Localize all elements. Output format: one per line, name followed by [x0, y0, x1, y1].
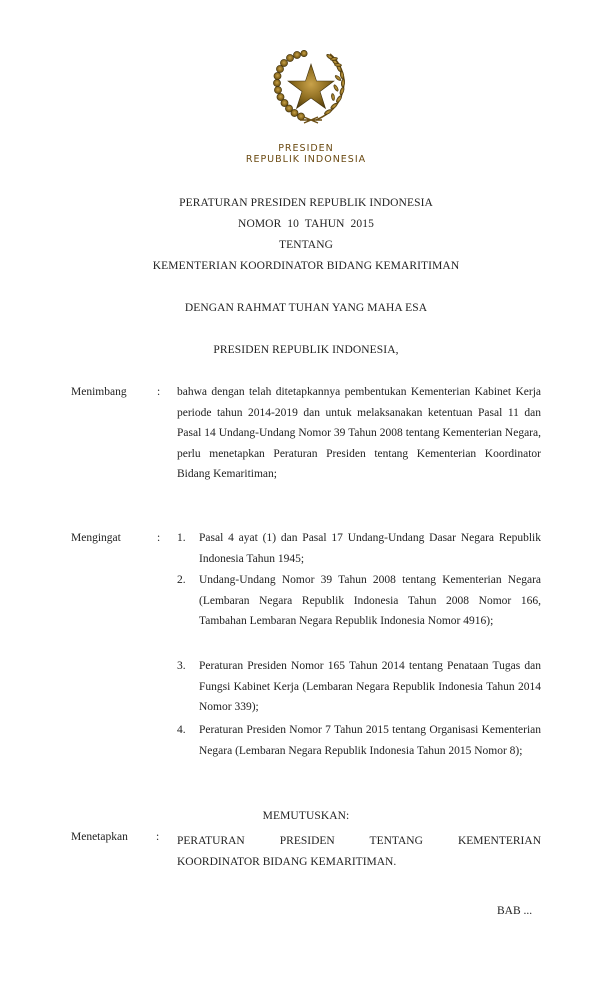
item-number: 3.	[177, 660, 186, 672]
regulation-title: PERATURAN PRESIDEN REPUBLIK INDONESIA	[0, 197, 612, 209]
presidential-seal-icon	[272, 50, 350, 126]
decision-heading: MEMUTUSKAN:	[0, 810, 612, 822]
item-text: Undang-Undang Nomor 39 Tahun 2008 tentan…	[199, 570, 541, 632]
emblem-caption-title: PRESIDEN	[0, 143, 612, 154]
item-number: 2.	[177, 574, 186, 586]
item-number: 4.	[177, 724, 186, 736]
regulation-about-label: TENTANG	[0, 239, 612, 251]
menetapkan-colon: :	[156, 831, 159, 843]
regulation-subject: KEMENTERIAN KOORDINATOR BIDANG KEMARITIM…	[0, 260, 612, 272]
issuer: PRESIDEN REPUBLIK INDONESIA,	[0, 344, 612, 356]
item-text: Pasal 4 ayat (1) dan Pasal 17 Undang-Und…	[199, 528, 541, 569]
menetapkan-line1: PERATURAN PRESIDEN TENTANG KEMENTERIAN	[177, 831, 541, 852]
item-text: Peraturan Presiden Nomor 165 Tahun 2014 …	[199, 656, 541, 718]
menetapkan-line2: KOORDINATOR BIDANG KEMARITIMAN.	[177, 852, 541, 873]
menimbang-text: bahwa dengan telah ditetapkannya pembent…	[177, 382, 541, 485]
menetapkan-label: Menetapkan	[71, 831, 128, 843]
menimbang-label: Menimbang	[71, 386, 127, 398]
mengingat-colon: :	[157, 532, 160, 544]
invocation: DENGAN RAHMAT TUHAN YANG MAHA ESA	[0, 302, 612, 314]
regulation-number: NOMOR 10 TAHUN 2015	[0, 218, 612, 230]
emblem-caption-country: REPUBLIK INDONESIA	[0, 154, 612, 165]
item-text: Peraturan Presiden Nomor 7 Tahun 2015 te…	[199, 720, 541, 761]
menimbang-colon: :	[157, 386, 160, 398]
page-continuation: BAB ...	[497, 905, 532, 917]
item-number: 1.	[177, 532, 186, 544]
mengingat-label: Mengingat	[71, 532, 121, 544]
